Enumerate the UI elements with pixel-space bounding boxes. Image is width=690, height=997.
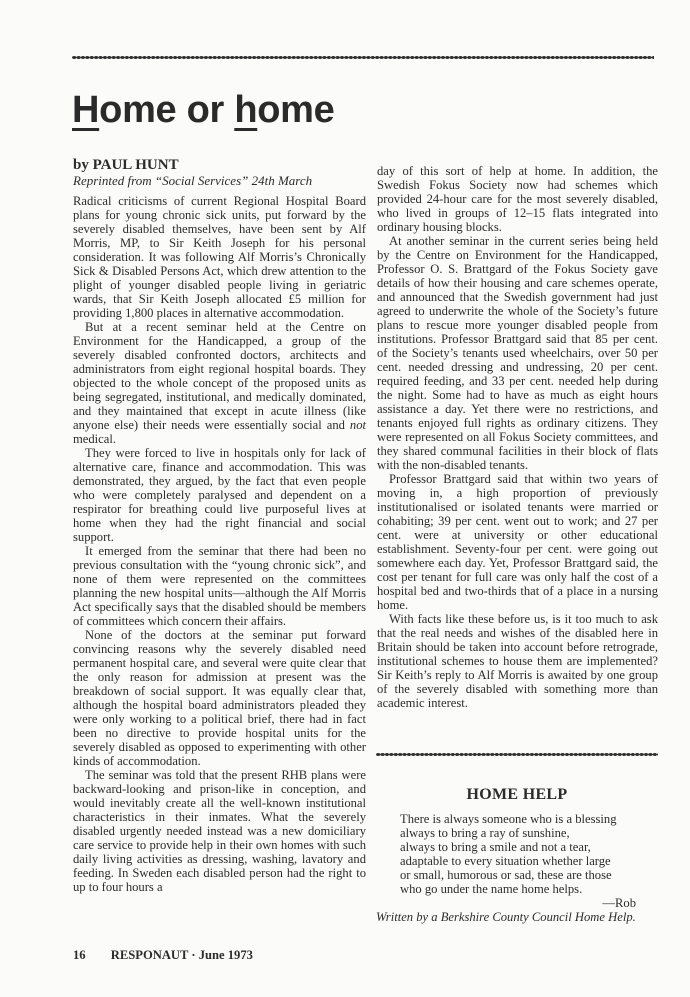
poem-line: There is always someone who is a blessin… — [400, 812, 658, 826]
paragraph: day of this sort of help at home. In add… — [377, 164, 658, 234]
paragraph-text: But at a recent seminar held at the Cent… — [73, 320, 366, 432]
paragraph: At another seminar in the current series… — [377, 234, 658, 472]
title-part: H — [72, 89, 99, 131]
paragraph: The seminar was told that the present RH… — [73, 768, 366, 894]
title-part: h — [234, 89, 257, 131]
paragraph: With facts like these before us, is it t… — [377, 612, 658, 710]
paragraph: Professor Brattgard said that within two… — [377, 472, 658, 612]
top-decorative-divider — [72, 55, 654, 60]
paragraph-text: medical. — [73, 432, 116, 446]
poem-box: HOME HELP There is always someone who is… — [376, 786, 658, 924]
title-part: ome — [257, 89, 334, 131]
paragraph: They were forced to live in hospitals on… — [73, 446, 366, 544]
section-decorative-divider — [376, 752, 658, 757]
poem-line: adaptable to every situation whether lar… — [400, 854, 658, 868]
title-part: ome or — [99, 89, 234, 131]
poem-heading: HOME HELP — [376, 786, 658, 804]
paragraph: None of the doctors at the seminar put f… — [73, 628, 366, 768]
reprint-note: Reprinted from “Social Services” 24th Ma… — [73, 173, 366, 188]
byline: by PAUL HUNT — [73, 157, 366, 173]
emphasis-text: not — [350, 418, 366, 432]
article-title: Home or home — [72, 88, 334, 132]
paragraph: It emerged from the seminar that there h… — [73, 544, 366, 628]
publication-info: RESPONAUT · June 1973 — [111, 948, 253, 962]
paragraph: Radical criticisms of current Regional H… — [73, 194, 366, 320]
poem-line: always to bring a ray of sunshine, — [400, 826, 658, 840]
article-column-left: by PAUL HUNT Reprinted from “Social Serv… — [73, 157, 366, 894]
page-number: 16 — [73, 948, 86, 962]
poem-line: who go under the name home helps. — [400, 882, 658, 896]
paragraph: But at a recent seminar held at the Cent… — [73, 320, 366, 446]
poem-lines: There is always someone who is a blessin… — [400, 812, 658, 896]
article-column-right: day of this sort of help at home. In add… — [377, 164, 658, 710]
poem-credit: Written by a Berkshire County Council Ho… — [376, 910, 658, 924]
poem-line: or small, humorous or sad, these are tho… — [400, 868, 658, 882]
page-footer: 16 RESPONAUT · June 1973 — [73, 948, 253, 963]
poem-line: always to bring a smile and not a tear, — [400, 840, 658, 854]
poem-signature: —Rob — [376, 896, 636, 910]
